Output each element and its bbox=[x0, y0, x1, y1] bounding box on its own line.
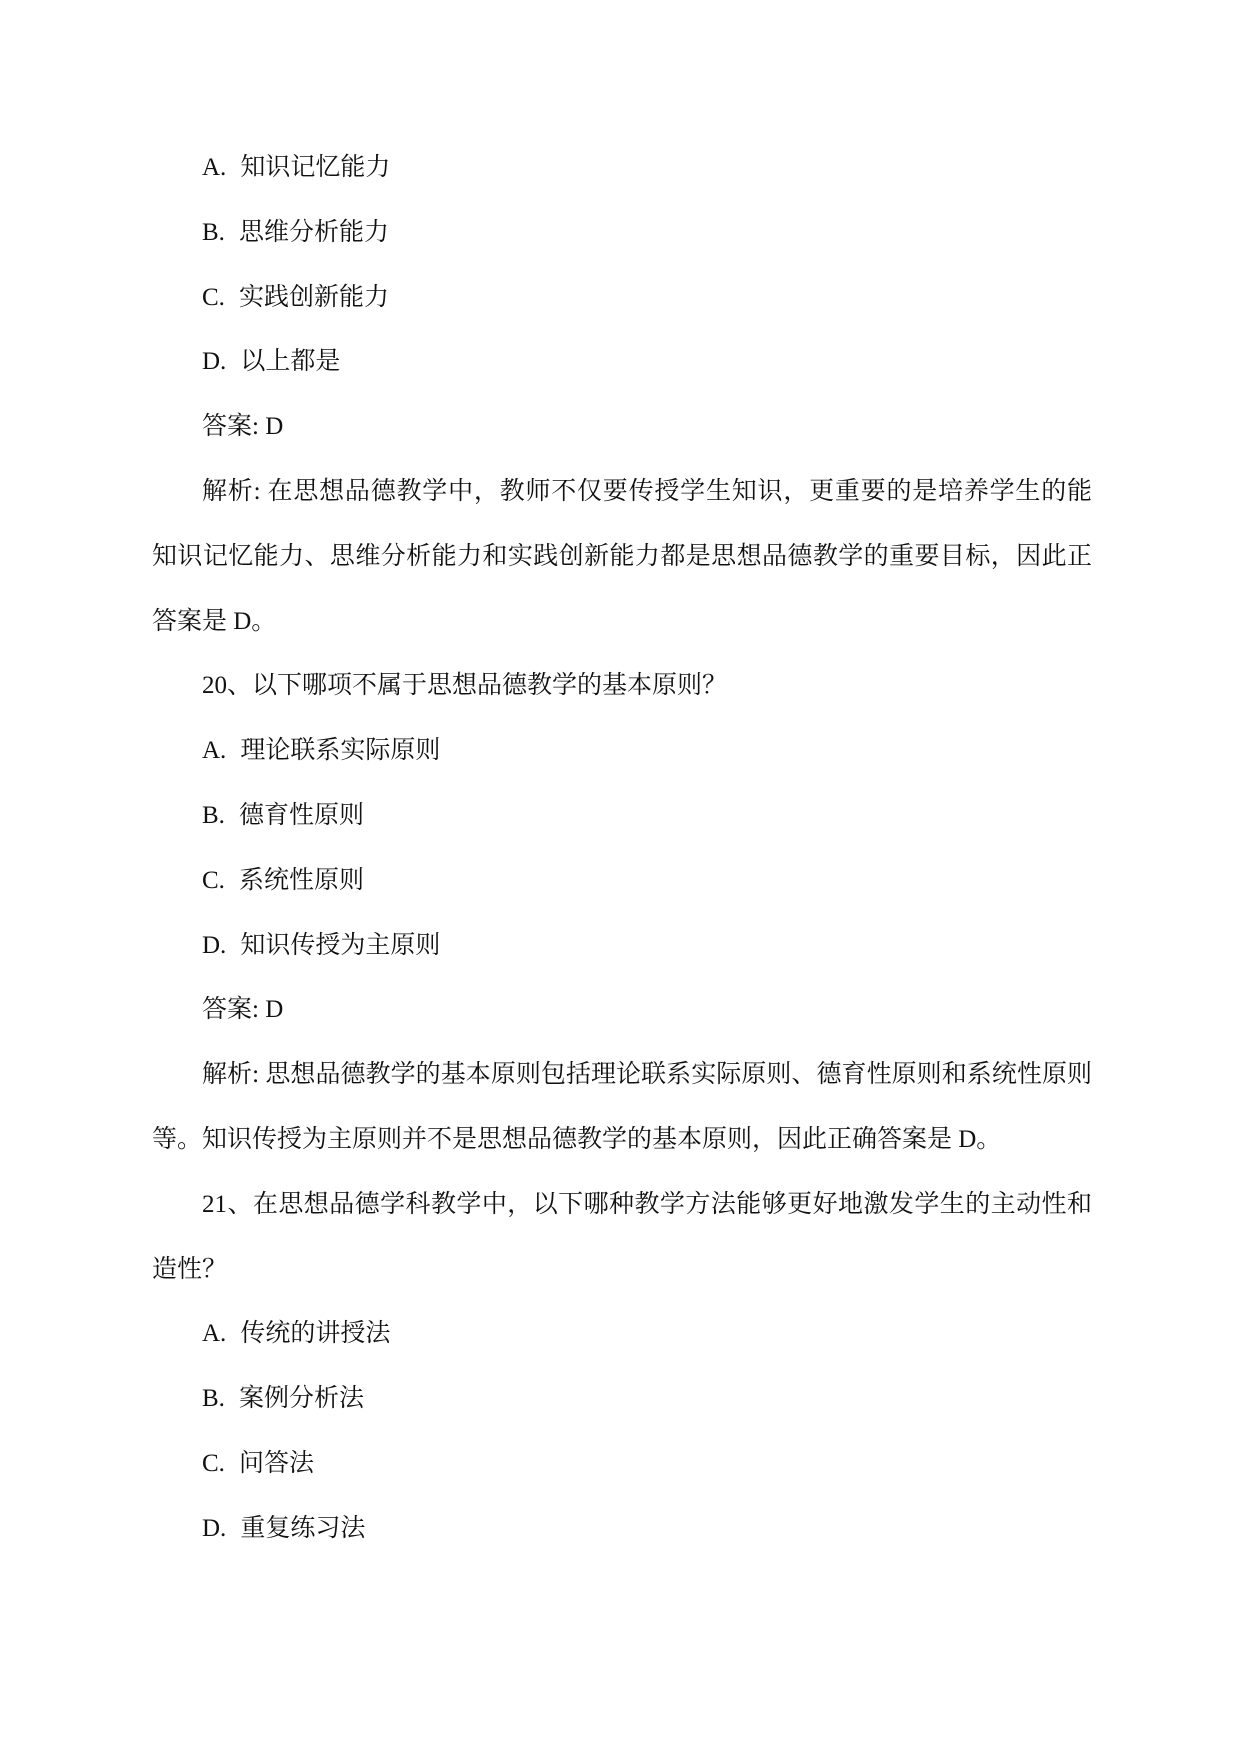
document-lines: A.知识记忆能力B.思维分析能力C.实践创新能力D.以上都是答案: D解析: 在… bbox=[152, 136, 1092, 1562]
option-text: 案例分析法 bbox=[239, 1385, 364, 1412]
option-text: 以上都是 bbox=[240, 348, 340, 375]
option-letter: C. bbox=[202, 1450, 225, 1477]
option-letter: D. bbox=[202, 348, 226, 375]
option-letter: D. bbox=[202, 1515, 226, 1542]
option-letter: A. bbox=[202, 154, 226, 181]
analysis-line: 解析: 思想品德教学的基本原则包括理论联系实际原则、德育性原则和系统性原则 bbox=[152, 1043, 1092, 1108]
analysis-line: 知识记忆能力、思维分析能力和实践创新能力都是思想品德教学的重要目标，因此正确 bbox=[152, 525, 1092, 590]
option-text: 理论联系实际原则 bbox=[240, 737, 440, 764]
option-letter: D. bbox=[202, 932, 226, 959]
option-line: B.德育性原则 bbox=[152, 784, 1092, 849]
analysis-line: 答案是 D。 bbox=[152, 590, 1092, 655]
option-line: D.重复练习法 bbox=[152, 1497, 1092, 1562]
option-text: 问答法 bbox=[239, 1450, 314, 1477]
option-letter: B. bbox=[202, 802, 225, 829]
question-line: 造性？ bbox=[152, 1238, 1092, 1303]
option-letter: C. bbox=[202, 867, 225, 894]
analysis-line: 解析: 在思想品德教学中，教师不仅要传授学生知识，更重要的是培养学生的能力。 bbox=[152, 460, 1092, 525]
option-line: B.思维分析能力 bbox=[152, 201, 1092, 266]
option-text: 重复练习法 bbox=[240, 1515, 365, 1542]
question-line: 21、在思想品德学科教学中，以下哪种教学方法能够更好地激发学生的主动性和创 bbox=[152, 1173, 1092, 1238]
option-line: D.以上都是 bbox=[152, 330, 1092, 395]
option-line: C.系统性原则 bbox=[152, 849, 1092, 914]
option-line: C.问答法 bbox=[152, 1432, 1092, 1497]
option-line: B.案例分析法 bbox=[152, 1367, 1092, 1432]
option-letter: A. bbox=[202, 1320, 226, 1347]
option-text: 系统性原则 bbox=[239, 867, 364, 894]
option-letter: A. bbox=[202, 737, 226, 764]
option-text: 知识传授为主原则 bbox=[240, 932, 440, 959]
option-letter: B. bbox=[202, 1385, 225, 1412]
answer-line: 答案: D bbox=[152, 395, 1092, 460]
option-letter: C. bbox=[202, 284, 225, 311]
option-text: 思维分析能力 bbox=[239, 219, 389, 246]
document-page: A.知识记忆能力B.思维分析能力C.实践创新能力D.以上都是答案: D解析: 在… bbox=[0, 0, 1241, 1754]
answer-line: 答案: D bbox=[152, 978, 1092, 1043]
option-line: A.知识记忆能力 bbox=[152, 136, 1092, 201]
option-text: 实践创新能力 bbox=[239, 284, 389, 311]
option-line: A.传统的讲授法 bbox=[152, 1302, 1092, 1367]
option-letter: B. bbox=[202, 219, 225, 246]
question-line: 20、以下哪项不属于思想品德教学的基本原则？ bbox=[152, 654, 1092, 719]
option-text: 传统的讲授法 bbox=[240, 1320, 390, 1347]
option-line: A.理论联系实际原则 bbox=[152, 719, 1092, 784]
option-line: C.实践创新能力 bbox=[152, 266, 1092, 331]
option-text: 知识记忆能力 bbox=[240, 154, 390, 181]
analysis-line: 等。知识传授为主原则并不是思想品德教学的基本原则，因此正确答案是 D。 bbox=[152, 1108, 1092, 1173]
option-line: D.知识传授为主原则 bbox=[152, 914, 1092, 979]
option-text: 德育性原则 bbox=[239, 802, 364, 829]
